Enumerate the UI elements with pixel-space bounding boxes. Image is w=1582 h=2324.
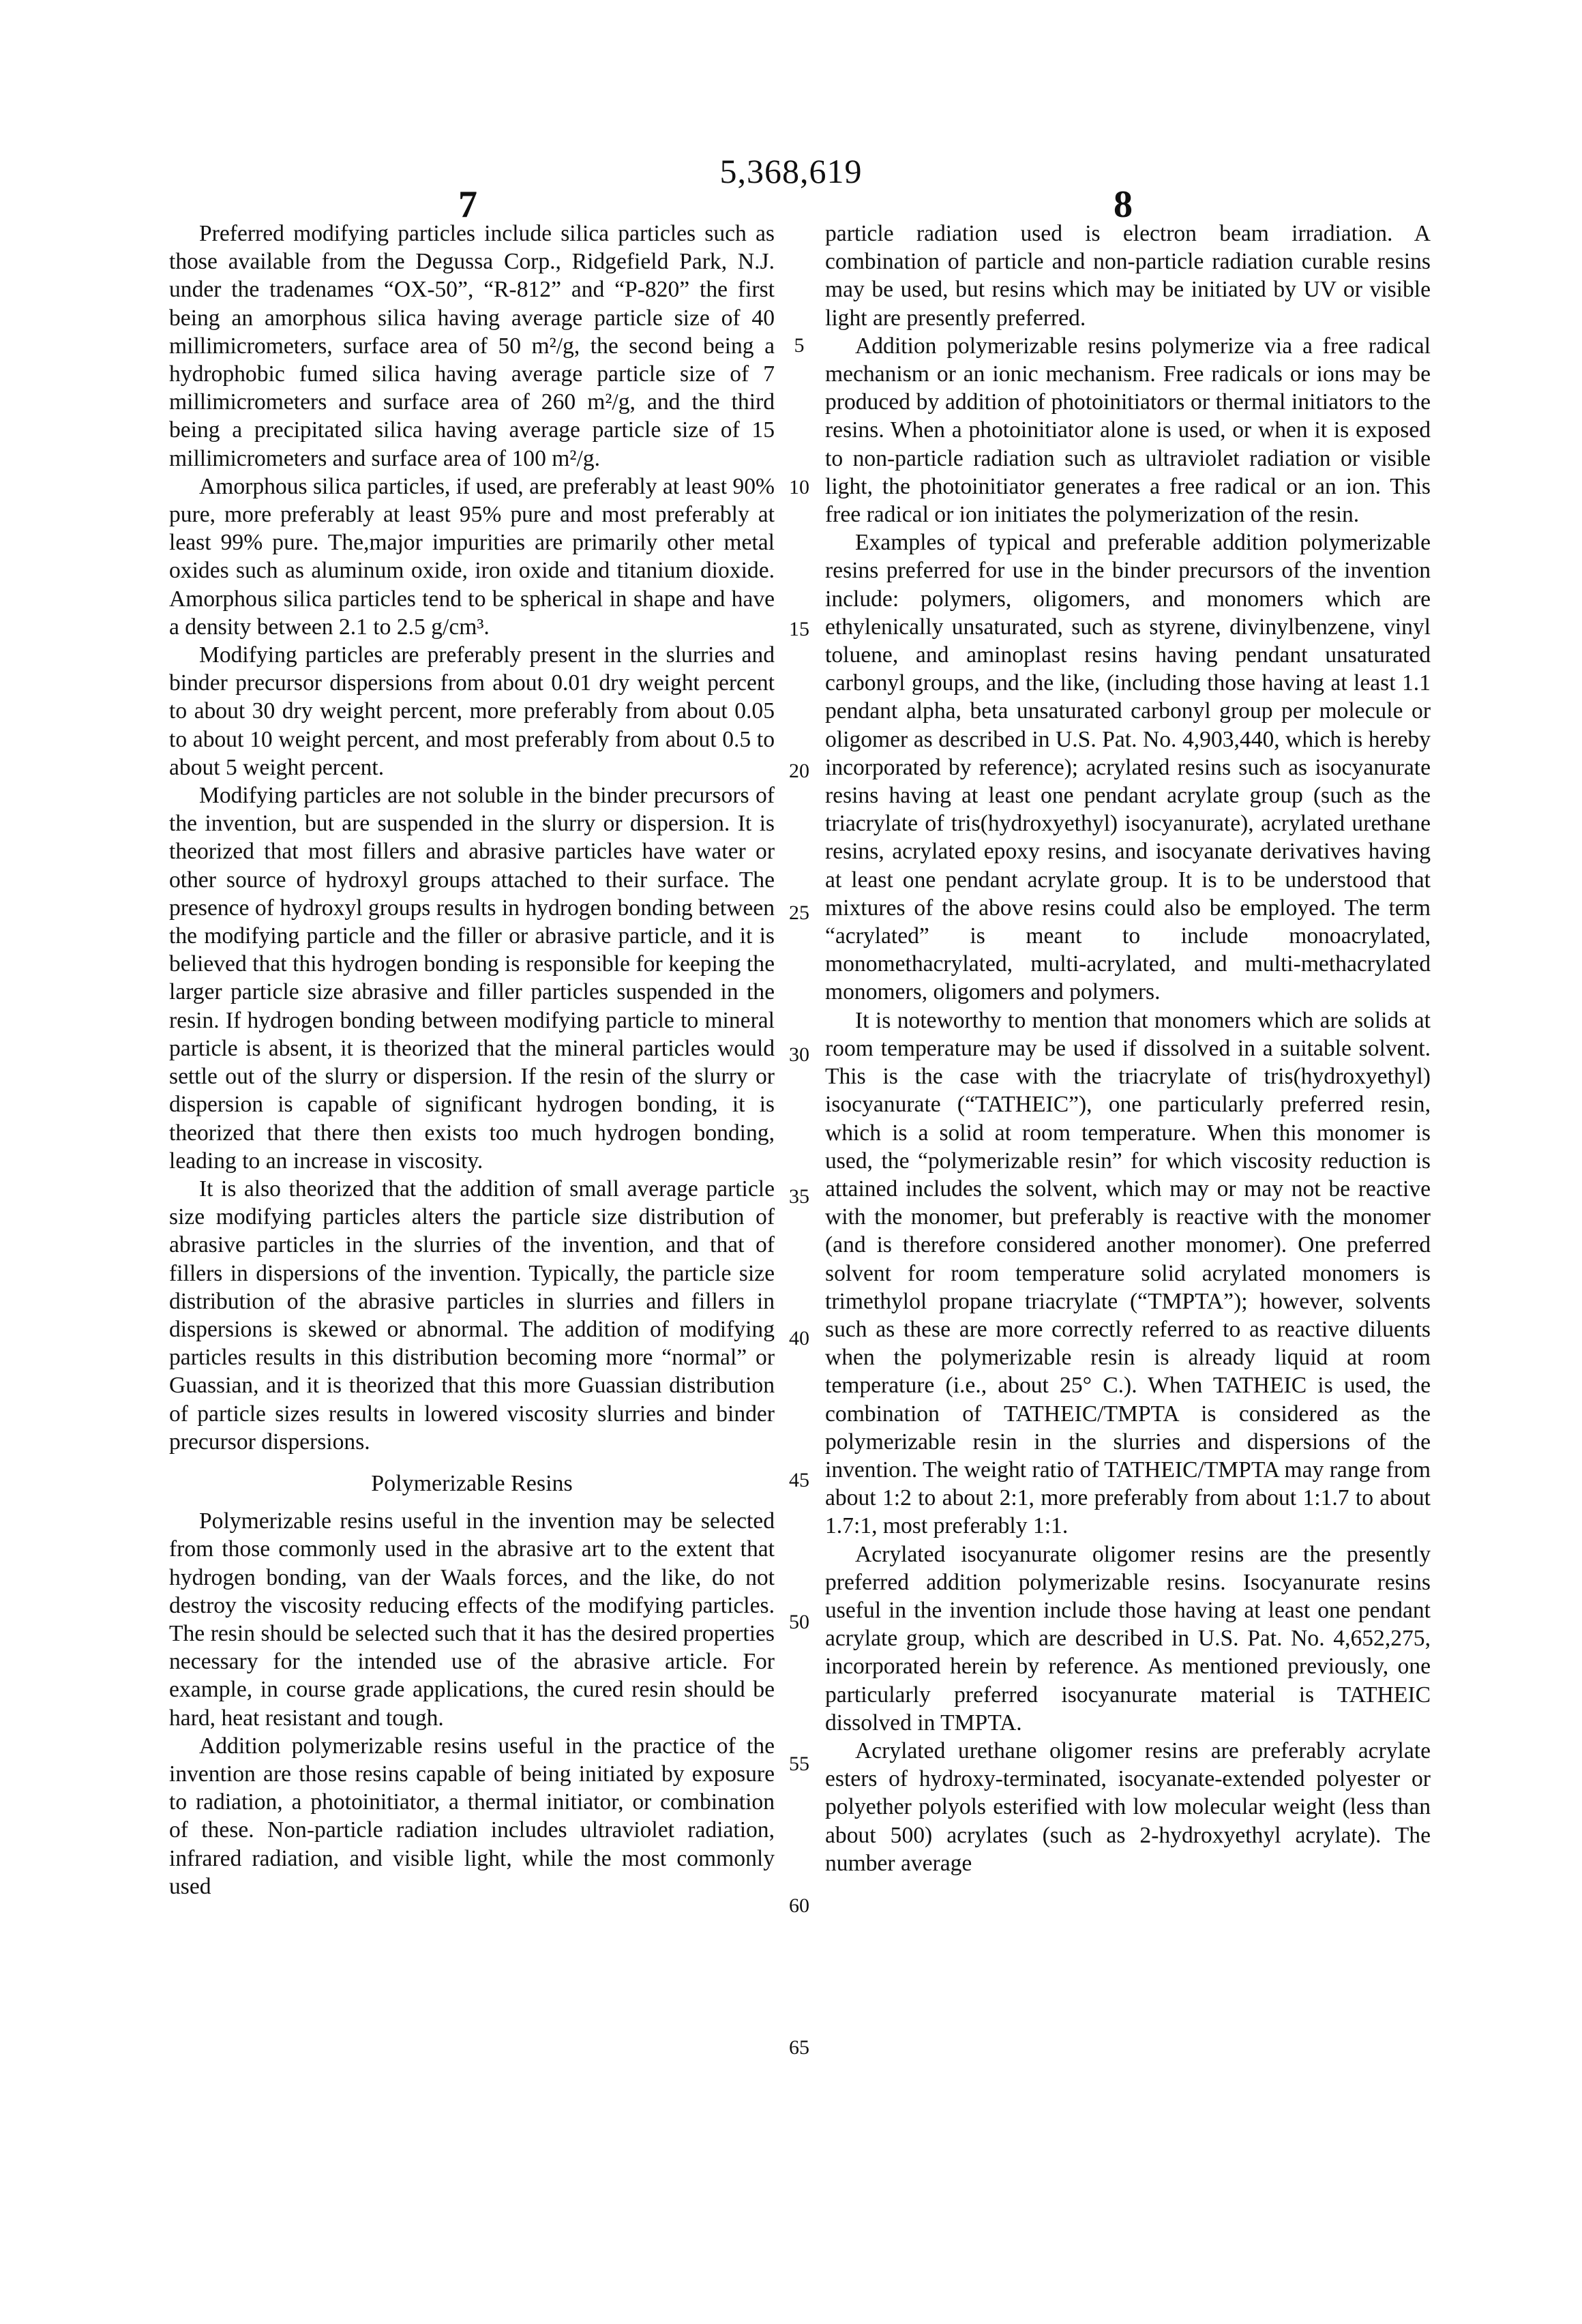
paragraph: Examples of typical and preferable addit… — [825, 528, 1431, 1006]
line-number: 25 — [783, 902, 816, 925]
line-number: 45 — [783, 1469, 816, 1492]
line-number: 20 — [783, 760, 816, 783]
paragraph: It is also theorized that the addition o… — [169, 1175, 775, 1456]
line-number: 65 — [783, 2036, 816, 2059]
paragraph: Addition polymerizable resins polymerize… — [825, 332, 1431, 528]
line-number: 60 — [783, 1894, 816, 1918]
right-column: particle radiation used is electron beam… — [825, 220, 1431, 1877]
line-number: 5 — [783, 334, 816, 357]
line-number: 30 — [783, 1043, 816, 1067]
line-number: 50 — [783, 1611, 816, 1634]
paragraph: Acrylated urethane oligomer resins are p… — [825, 1737, 1431, 1877]
paragraph: Amorphous silica particles, if used, are… — [169, 473, 775, 641]
line-number: 35 — [783, 1185, 816, 1208]
paragraph: Acrylated isocyanurate oligomer resins a… — [825, 1540, 1431, 1737]
line-number: 55 — [783, 1753, 816, 1776]
patent-number: 5,368,619 — [0, 151, 1582, 191]
line-number: 40 — [783, 1327, 816, 1350]
section-heading: Polymerizable Resins — [169, 1470, 775, 1498]
paragraph-continuation: particle radiation used is electron beam… — [825, 220, 1431, 332]
paragraph: Addition polymerizable resins useful in … — [169, 1732, 775, 1901]
paragraph: Preferred modifying particles include si… — [169, 220, 775, 473]
left-column: Preferred modifying particles include si… — [169, 220, 775, 1901]
paragraph: Modifying particles are not soluble in t… — [169, 781, 775, 1175]
paragraph: Modifying particles are preferably prese… — [169, 641, 775, 781]
line-number: 15 — [783, 618, 816, 641]
line-number: 10 — [783, 476, 816, 499]
paragraph: Polymerizable resins useful in the inven… — [169, 1507, 775, 1732]
paragraph: It is noteworthy to mention that monomer… — [825, 1007, 1431, 1540]
